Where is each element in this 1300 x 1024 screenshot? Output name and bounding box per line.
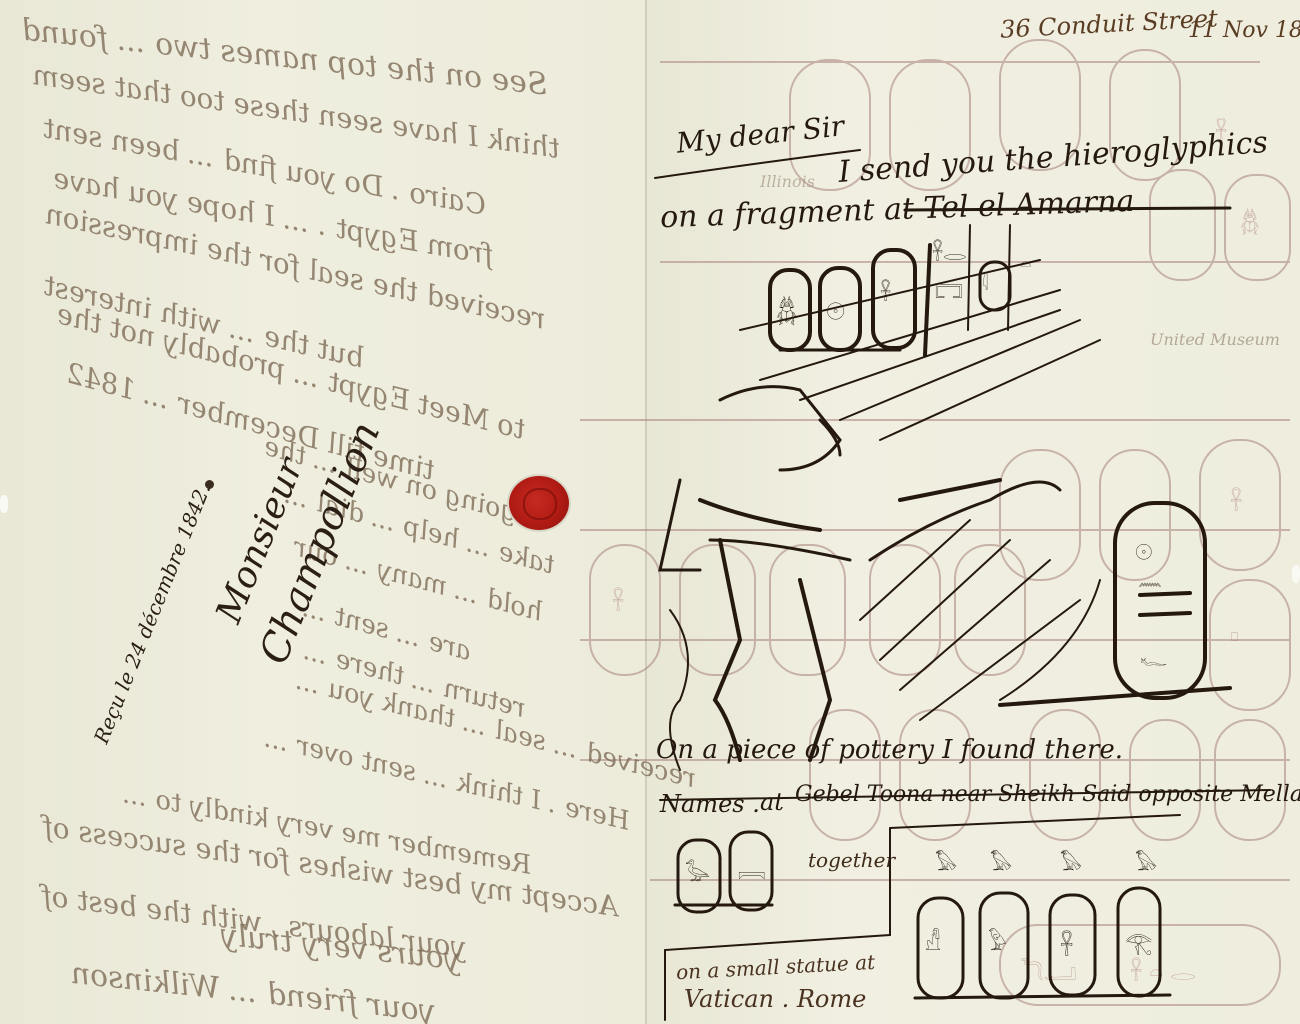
- svg-text:𓆣: 𓆣: [776, 296, 797, 326]
- svg-text:𓆑: 𓆑: [1140, 649, 1167, 670]
- svg-text:𓋹: 𓋹: [880, 280, 891, 305]
- svg-text:𓇋: 𓇋: [982, 271, 988, 295]
- svg-text:𓋹: 𓋹: [1060, 931, 1073, 961]
- svg-text:𓉐: 𓉐: [935, 281, 963, 305]
- svg-text:𓈖: 𓈖: [1138, 566, 1162, 590]
- svg-text:𓏏: 𓏏: [1020, 254, 1031, 275]
- svg-text:𓅃: 𓅃: [1060, 850, 1082, 875]
- svg-text:𓂀: 𓂀: [1125, 931, 1152, 956]
- faint-label: United Museum: [1150, 330, 1280, 349]
- svg-text:𓅃: 𓅃: [935, 850, 957, 875]
- letter-scan: 𓋹 𓋹 𓆣 𓋹 𓊪 𓋹 𓏏 𓂋 𓆓𓂝 See on the top names …: [0, 0, 1300, 1024]
- svg-text:𓋹𓂋: 𓋹𓂋: [932, 240, 967, 265]
- svg-text:𓅃: 𓅃: [990, 850, 1012, 875]
- faint-label: Illinois: [760, 172, 815, 191]
- sketch-drawings: 𓆣 𓇳 𓋹 𓋹𓂋 𓉐 𓇋 𓏏 𓇳 𓈖 𓆑 𓅭 𓇯 𓀭 𓅱 𓋹 𓂀 𓅃 𓅃 𓅃 𓅃: [0, 0, 1300, 1024]
- svg-text:𓇳: 𓇳: [826, 298, 845, 326]
- svg-text:𓇯: 𓇯: [738, 861, 765, 885]
- svg-text:𓅱: 𓅱: [988, 927, 1007, 956]
- svg-text:𓅃: 𓅃: [1135, 850, 1157, 875]
- svg-text:𓀭: 𓀭: [925, 928, 941, 956]
- svg-text:𓇳: 𓇳: [1135, 541, 1153, 566]
- svg-text:𓅭: 𓅭: [685, 860, 710, 885]
